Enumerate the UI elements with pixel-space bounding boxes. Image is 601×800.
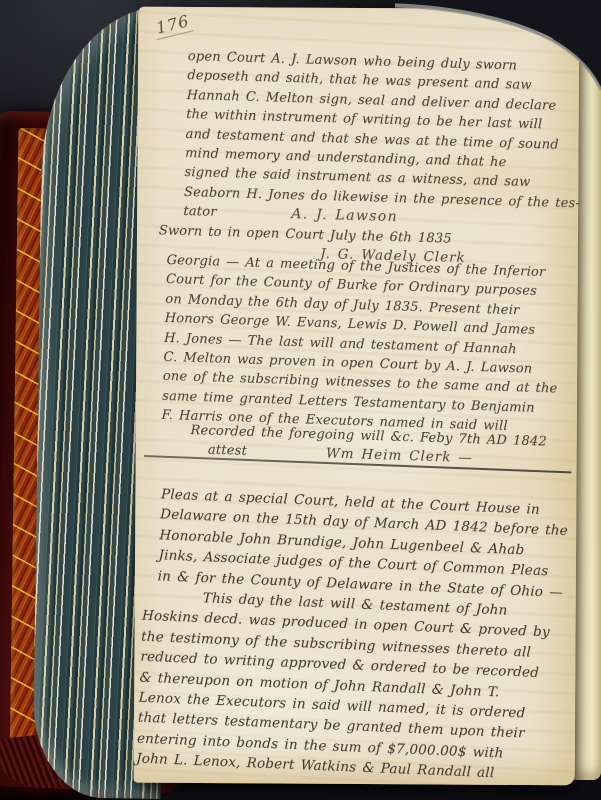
section-common-pleas-record: Pleas at a special Court, held at the Co… xyxy=(136,484,569,787)
page-number: 176 xyxy=(152,11,193,40)
photograph-background: 176 open Court A. J. Lawson who being du… xyxy=(0,0,601,800)
section-inferior-court-record: Georgia — At a meeting of the Justices o… xyxy=(161,251,561,438)
book-corner-shadow xyxy=(395,0,601,114)
manuscript-page: 176 open Court A. J. Lawson who being du… xyxy=(134,7,580,786)
witness-signature: A. J. Lawson xyxy=(291,205,398,227)
handwritten-line: tator xyxy=(183,202,292,225)
